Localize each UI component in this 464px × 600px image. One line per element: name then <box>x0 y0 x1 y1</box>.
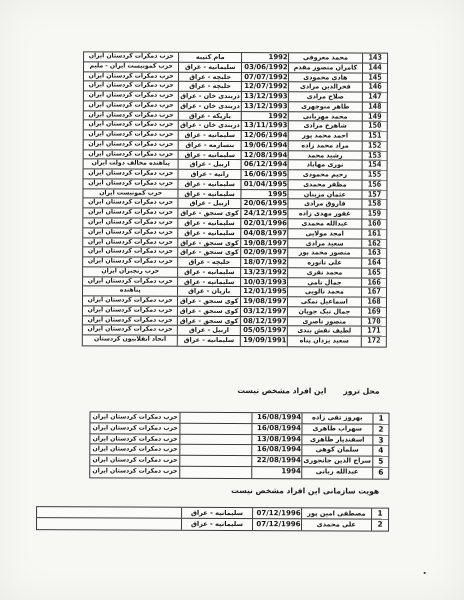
cell-name: مظفر محمدی <box>287 180 362 189</box>
cell-location: حلبچه - عراق <box>178 72 241 81</box>
cell-location: کوی سنجق - عراق <box>177 297 240 306</box>
cell-name: سعید یزدان پناه <box>286 336 361 346</box>
cell-num: 171 <box>361 327 386 336</box>
cell-date: 18/07/1992 <box>240 258 287 267</box>
cell-location: دربندی خان - عراق <box>178 92 241 101</box>
cell-location: کوی سنجق - عراق <box>177 307 240 316</box>
scan-content: 143محمد معروفی1992مام کتیبهحزب دمکرات کر… <box>0 0 464 600</box>
cell-date: 12/01/1995 <box>240 287 287 296</box>
cell-date: 24/12/1995 <box>240 209 287 218</box>
cell-name: سلمان کوهی <box>301 446 373 456</box>
cell-party: حزب دمکرات کردستان ایران <box>83 306 177 315</box>
cell-party: حزب دمکرات کردستان ایران <box>90 412 179 422</box>
cell-date: 12/06/1994 <box>241 131 288 140</box>
cell-num: 6 <box>372 468 388 479</box>
cell-num: 2 <box>371 520 388 531</box>
table-row: 6عبدالله ربانی1994حزب دمکرات کردستان ایر… <box>90 466 388 478</box>
cell-date: 02/01/1996 <box>240 219 287 228</box>
cell-location: سلیمانیه - عراق <box>178 150 241 159</box>
cell-name: جمال نیک جویان <box>287 307 362 316</box>
cell-party: حزب کمونیست ایران - ملیم <box>84 62 178 71</box>
cell-num: 153 <box>362 151 387 160</box>
cell-date: 19/08/1997 <box>240 297 287 306</box>
cell-name: محمد مهربانی <box>287 112 362 121</box>
cell-num: 154 <box>362 161 387 170</box>
cell-num: 170 <box>361 317 386 326</box>
cell-num: 164 <box>361 259 386 268</box>
section-title-place-unknown: محل تروراین افراد مشخص نیست <box>237 386 379 396</box>
cell-party: حزب دمکرات کردستان ایران <box>84 130 178 139</box>
cell-date: 19/09/1991 <box>240 336 287 346</box>
cell-date: 01/04/1995 <box>240 180 287 189</box>
cell-date: 08/12/1997 <box>240 317 287 326</box>
cell-location: بنسارمه - عراق <box>178 141 241 150</box>
cell-location: سلیمانیه - عراق <box>178 219 241 228</box>
cell-date: 06/12/1994 <box>241 160 288 169</box>
cell-location: سلیمانیه - عراق <box>177 268 240 277</box>
cell-name: اسماعیل نمکی <box>287 297 362 306</box>
cell-name: لطیف نقش بندی <box>287 327 362 336</box>
cell-date: 13/12/1993 <box>241 92 288 101</box>
cell-date: 19/06/1994 <box>241 141 288 150</box>
table-row: 2علی محمدی07/12/1996سلیمانیه - عراق <box>37 518 388 531</box>
cell-party: حزب دمکرات کردستان ایران <box>83 316 177 325</box>
cell-location: سلیمانیه - عراق <box>178 229 241 238</box>
cell-num: 160 <box>361 220 386 229</box>
cell-date: 16/06/1995 <box>240 170 287 179</box>
cell-num: 158 <box>362 200 387 209</box>
cell-location: سلیمانیه - عراق <box>181 519 252 530</box>
cell-party: حزب دمکرات کردستان ایران <box>83 296 177 305</box>
cell-name: احمد محمد پور <box>287 131 362 140</box>
cell-num: 148 <box>362 102 387 111</box>
cell-location: حلبچه - عراق <box>178 258 241 267</box>
cell-party: حزب دمکرات کردستان ایران <box>84 179 178 188</box>
cell-name: اسفندیار طاهری <box>301 435 373 445</box>
cell-location: رانیه - عراق <box>178 170 241 179</box>
cell-party: حزب دمکرات کردستان ایران <box>90 423 179 433</box>
table-row: 172سعید یزدان پناه19/09/1991سلیمانیه - ع… <box>83 336 386 347</box>
cell-num: 150 <box>362 122 387 131</box>
cell-party: حزب دمکرات کردستان ایران <box>84 91 178 100</box>
cell-name: علی محمدی <box>300 519 371 530</box>
cell-date: 07/07/1992 <box>241 73 288 82</box>
cell-date: 10/03/1993 <box>240 278 287 287</box>
cell-name: جمال نامی <box>287 278 362 287</box>
cell-party: حزب دمکرات کردستان ایران <box>83 248 177 257</box>
cell-num: 149 <box>362 112 387 121</box>
cell-date: 19/08/1997 <box>240 239 287 248</box>
cell-name: سعید مرادی <box>287 239 362 248</box>
cell-num: 5 <box>372 457 388 467</box>
cell-num: 143 <box>362 54 387 63</box>
cell-num: 1 <box>371 509 388 519</box>
cell-party: حزب دمکرات کردستان ایران <box>90 456 179 466</box>
cell-location: کوی سنجق - عراق <box>178 248 241 257</box>
cell-name: طاهر منوچهری <box>287 102 362 111</box>
cell-date: 02/09/1997 <box>240 248 287 257</box>
cell-location: سلیمانیه - عراق <box>178 131 241 140</box>
cell-num: 2 <box>373 424 389 434</box>
victims-table-org-unknown: 1مصطفی امین پور07/12/1996سلیمانیه - عراق… <box>36 506 389 532</box>
cell-location: کوی سنجق - عراق <box>178 238 241 247</box>
cell-party: حزب دمکرات کردستان ایران <box>84 82 178 91</box>
cell-party: حزب دمکرات کردستان ایران <box>90 466 179 477</box>
cell-location: اربیل - عراق <box>178 160 241 169</box>
cell-num: 156 <box>362 181 387 190</box>
cell-num: 144 <box>362 63 387 72</box>
cell-location: سلیمانیه - عراق <box>178 180 241 189</box>
cell-name: منصور محمد پور <box>287 249 362 258</box>
cell-location: حلبچه - عراق <box>178 82 241 91</box>
cell-num: 1 <box>373 414 389 424</box>
cell-party: حزب دمکرات کردستان ایران <box>84 170 178 179</box>
cell-location: بازیان - عراق <box>177 287 240 296</box>
cell-num: 145 <box>362 73 387 82</box>
cell-location: اربیل - عراق <box>178 199 241 208</box>
cell-name: علی نانوره <box>287 258 362 267</box>
cell-location: دربندی خان - عراق <box>178 102 241 111</box>
cell-party: حزب رنجبران ایران <box>83 267 177 276</box>
cell-num: 169 <box>361 307 386 316</box>
cell-name: محمد نقری <box>287 268 362 277</box>
cell-name: رحیم محمودی <box>287 170 362 179</box>
cell-num: 3 <box>372 435 388 445</box>
cell-num: 167 <box>361 288 386 297</box>
cell-date: 07/12/1996 <box>252 508 301 518</box>
cell-name: کامران منصور مقدم <box>288 63 363 72</box>
cell-date: 12/08/1994 <box>241 151 288 160</box>
cell-date: 07/12/1996 <box>252 519 301 530</box>
cell-name: منصور ناصری <box>287 317 362 326</box>
cell-party: حزب دمکرات کردستان ایران <box>90 434 179 444</box>
cell-location <box>180 434 252 444</box>
cell-date: 1992 <box>241 112 288 121</box>
section-title-part-right: محل ترور <box>343 386 379 395</box>
cell-party: حزب دمکرات کردستان ایران <box>84 52 178 61</box>
cell-location <box>180 467 252 478</box>
cell-num: 168 <box>361 298 386 307</box>
cell-location: مام کتیبه <box>178 53 241 62</box>
cell-location: اربیل - عراق <box>177 326 240 335</box>
cell-party: حزب کمونیست ایران <box>83 189 177 198</box>
cell-party: حزب دمکرات کردستان ایران <box>84 101 178 110</box>
cell-name: شاهرخ مرادی <box>287 122 362 131</box>
cell-name: محمد معروفی <box>288 53 363 62</box>
cell-num: 172 <box>361 337 386 347</box>
cell-location: سلیمانیه - عراق <box>178 189 241 198</box>
cell-party: حزب دمکرات کردستان ایران <box>84 121 178 130</box>
cell-name: مصطفی امین پور <box>301 508 372 518</box>
cell-name: صلاح مرادی <box>288 92 363 101</box>
cell-party: پناهنده <box>83 287 177 296</box>
cell-num: 151 <box>362 132 387 141</box>
cell-party: حزب دمکرات کردستان ایران <box>83 326 177 335</box>
cell-party <box>37 518 181 530</box>
cell-party: حزب دمکرات کردستان ایران <box>90 445 179 455</box>
cell-date: 04/08/1997 <box>240 229 287 238</box>
cell-location: سلیمانیه - عراق <box>178 63 241 72</box>
cell-name: محمد نالویی <box>287 288 362 297</box>
cell-location <box>180 424 252 434</box>
cell-location: سلیمانیه - عراق <box>177 277 240 286</box>
cell-party: حزب دمکرات کردستان ایران <box>83 218 177 227</box>
cell-name: بهروز تقی زاده <box>301 413 373 423</box>
cell-num: 161 <box>361 229 386 238</box>
victims-table-place-unknown: 1بهروز تقی زاده16/08/1994حزب دمکرات کردس… <box>89 411 389 479</box>
cell-name: نوری مهاباد <box>287 161 362 170</box>
cell-name: غفور مهدی زاده <box>287 209 362 218</box>
cell-location <box>180 456 252 466</box>
cell-num: 147 <box>362 93 387 102</box>
cell-name: سراج الدین جانجوری <box>301 456 373 466</box>
cell-num: 157 <box>362 190 387 199</box>
cell-date: 20/06/1995 <box>240 200 287 209</box>
section-title-org-unknown: هویت سازمانی این افراد مشخص نیست <box>231 486 379 496</box>
cell-location: سلیمانیه - عراق <box>177 336 240 346</box>
cell-date: 03/12/1997 <box>240 307 287 316</box>
cell-date: 1994 <box>251 467 301 478</box>
cell-date: 12/07/1992 <box>241 82 288 91</box>
cell-name: فاروق مرادی <box>287 200 362 209</box>
cell-name: سهراب طاهری <box>301 424 373 434</box>
cell-name: عبدالله محمدی <box>287 219 362 228</box>
cell-name: عثمان مزینان <box>287 190 362 199</box>
cell-num: 165 <box>361 268 386 277</box>
cell-party: حزب دمکرات کردستان ایران <box>84 140 178 149</box>
cell-location: کوی سنجق - عراق <box>177 316 240 325</box>
cell-date: 22/08/1994 <box>251 456 301 466</box>
cell-date: 13/12/1993 <box>241 102 288 111</box>
cell-party: حزب دمکرات کردستان ایران <box>83 209 177 218</box>
cell-num: 163 <box>361 249 386 258</box>
cell-party: حزب دمکرات کردستان ایران <box>84 111 178 120</box>
cell-party: اتحاد انقلابیون کردستان <box>83 336 177 346</box>
cell-party: حزب دمکرات کردستان ایران <box>83 228 177 237</box>
cell-date: 13/23/1992 <box>240 268 287 277</box>
cell-location: کوی سنجق - عراق <box>178 209 241 218</box>
cell-date: 16/08/1994 <box>251 424 301 434</box>
victims-table-main: 143محمد معروفی1992مام کتیبهحزب دمکرات کر… <box>82 51 388 347</box>
cell-num: 4 <box>372 446 388 456</box>
cell-location: دربندی خان - عراق <box>178 121 241 130</box>
cell-name: عبدالله ربانی <box>301 467 373 478</box>
cell-party: پناهنده مخالف دولت ایران <box>84 160 178 169</box>
scanned-document-page: 143محمد معروفی1992مام کتیبهحزب دمکرات کر… <box>0 0 464 600</box>
cell-date: 1995 <box>240 190 287 199</box>
cell-name: امجد مولایی <box>287 229 362 238</box>
cell-date: 16/08/1994 <box>251 445 301 455</box>
cell-location: باریکه - عراق <box>178 111 241 120</box>
cell-party: حزب دمکرات کردستان ایران <box>83 277 177 286</box>
cell-date: 1992 <box>241 53 288 62</box>
cell-party: حزب دمکرات کردستان ایران <box>83 199 177 208</box>
cell-location <box>180 445 252 455</box>
cell-name: هادی محمودی <box>288 73 363 82</box>
cell-location: سلیمانیه - عراق <box>181 508 252 518</box>
cell-num: 159 <box>362 210 387 219</box>
stray-period-mark: . <box>423 566 427 577</box>
cell-num: 162 <box>361 239 386 248</box>
cell-name: مراد محمد زاده <box>287 141 362 150</box>
cell-party: حزب دمکرات کردستان ایران <box>83 257 177 266</box>
cell-party: حزب دمکرات کردستان ایران <box>83 238 177 247</box>
cell-party: حزب دمکرات کردستان ایران <box>84 150 178 159</box>
cell-date: 16/08/1994 <box>251 413 301 423</box>
section-title-part-left: این افراد مشخص نیست <box>237 386 326 395</box>
cell-party: حزب دمکرات کردستان ایران <box>84 72 178 81</box>
cell-party <box>37 507 181 518</box>
cell-num: 166 <box>361 278 386 287</box>
cell-name: رشید محمد <box>287 151 362 160</box>
cell-date: 13/08/1994 <box>251 435 301 445</box>
cell-date: 05/05/1997 <box>240 326 287 335</box>
cell-date: 13/11/1993 <box>241 121 288 130</box>
cell-date: 03/06/1992 <box>241 63 288 72</box>
cell-name: فخرالدین مرادی <box>288 83 363 92</box>
cell-location <box>180 413 252 423</box>
cell-num: 152 <box>362 141 387 150</box>
cell-num: 146 <box>362 83 387 92</box>
cell-num: 155 <box>362 171 387 180</box>
